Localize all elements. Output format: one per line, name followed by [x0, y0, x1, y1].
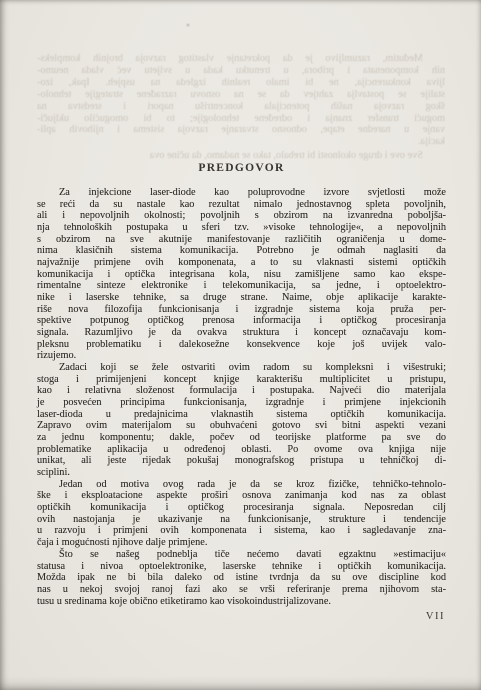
body-text-line: s obzirom na sve akutnije manifestovanje…: [37, 234, 446, 246]
body-text-line: problematike aplikacija u određenoj obla…: [37, 444, 446, 456]
body-paragraph: Što se našeg podneblja tiče nećemo davat…: [37, 549, 446, 607]
body-paragraph: Jedan od motiva ovog rada je da se kroz …: [37, 479, 446, 549]
page-number: VII: [426, 611, 445, 622]
body-text-line: nike i laserske tehnike, sa druge strane…: [37, 292, 446, 304]
body-text-line: stoga i primijenjeni koncept knjige kara…: [37, 374, 446, 386]
bleedthrough-text-line: Sve ove i druge okolnosti bi trebalo, ta…: [37, 150, 445, 162]
bleedthrough-text-line: vanje u naredne etape, odnosno stvaranje…: [37, 124, 445, 136]
body-text-line: ške i eksploatacione aspekte proširi osn…: [37, 490, 446, 502]
body-text-line: za jednu komponentu; dakle, počev od teo…: [37, 432, 446, 444]
scan-speck-mark: *: [186, 22, 190, 31]
body-text-line: nja tehnoloških postupaka u sferi tzv. »…: [37, 222, 446, 234]
body-text-line: ovih nastojanja je ukazivanje na funkcio…: [37, 514, 446, 526]
body-text-line: laser-dioda u predajnicima vlaknastih si…: [37, 409, 446, 421]
body-text-line: rizujemo.: [37, 350, 446, 362]
body-text-line: najvažnije primjene ovih komponenata, a …: [37, 257, 446, 269]
body-text-line: se reći da su nastale kao rezultat nimal…: [37, 199, 446, 211]
bleedthrough-text-line: stalije se postavlja zahtjev da se na os…: [37, 89, 445, 101]
body-text-line: rimentalne sinteze elektronike i telekom…: [37, 280, 446, 292]
page-title: PREDGOVOR: [37, 162, 446, 175]
body-paragraph: Zadaci koji se žele ostvariti ovim radom…: [37, 362, 446, 479]
body-paragraph: Za injekcione laser-diode kao poluprovod…: [37, 187, 446, 362]
body-text-line: Možda ipak ne bi bila daleko od istine t…: [37, 572, 446, 584]
bleedthrough-paragraph: Međutim, razumljivo je da pokretanje vla…: [37, 53, 445, 148]
bleedthrough-text-line: ljiva konkurencija, ne bi imalo realnih …: [37, 77, 445, 89]
body-text-line: statusa i nivoa optoelektronike, lasersk…: [37, 561, 446, 573]
body-text-line: komunikacija i optička integrisana kola,…: [37, 269, 446, 281]
body-text-line: signala. Razumljivo je da ovakva struktu…: [37, 327, 446, 339]
body-text-line: unikat, ali jeste rijedak pokušaj monogr…: [37, 455, 446, 467]
body-text-line: sciplini.: [37, 467, 446, 479]
bleedthrough-text-line: škog razvoja naših potencijala koncentri…: [37, 101, 445, 113]
body-text-line: u razvoju i primjeni ovih komponenata i …: [37, 525, 446, 537]
bleedthrough-text-line: kacija.: [37, 136, 445, 148]
body-text-line: riše nova filozofija funkcionisanja i iz…: [37, 304, 446, 316]
scanned-book-page: * Međutim, razumljivo je da pokretanje v…: [0, 0, 481, 690]
body-text-line: Zadaci koji se žele ostvariti ovim radom…: [37, 362, 446, 374]
body-text-line: Jedan od motiva ovog rada je da se kroz …: [37, 479, 446, 491]
body-text: Za injekcione laser-diode kao poluprovod…: [37, 187, 446, 607]
bleedthrough-paragraph: Sve ove i druge okolnosti bi trebalo, ta…: [37, 150, 445, 162]
body-text-line: optičkih komunikacija i optičkog procesi…: [37, 502, 446, 514]
body-text-line: pleksnu problematiku i dalekosežne konse…: [37, 339, 446, 351]
body-text-line: je posvećen principima funkcionisanja, i…: [37, 397, 446, 409]
body-text-line: kao i relativna složenost formulacija i …: [37, 385, 446, 397]
page-content: PREDGOVOR Za injekcione laser-diode kao …: [37, 162, 446, 607]
body-text-line: čaja i mogućnosti njihove dalje primjene…: [37, 537, 446, 549]
bleedthrough-text-line: mogući transfer znanja i određene tehnol…: [37, 113, 445, 125]
bleedthrough-text-line: Međutim, razumljivo je da pokretanje vla…: [37, 53, 445, 65]
body-text-line: Što se našeg podneblja tiče nećemo davat…: [37, 549, 446, 561]
body-text-line: ali i nepovoljnih okolnosti; povoljnih s…: [37, 210, 446, 222]
bleedthrough-text-line: nih komponenata i pribora, u trenutku ka…: [37, 65, 445, 77]
bleedthrough-text: Međutim, razumljivo je da pokretanje vla…: [37, 53, 445, 162]
body-text-line: nima klasičnih sistema komunikacija. Pot…: [37, 245, 446, 257]
body-text-line: Za injekcione laser-diode kao poluprovod…: [37, 187, 446, 199]
body-text-line: nas u nekoj svojoj ranoj fazi ako se vrš…: [37, 584, 446, 596]
body-text-line: Zapravo ovim materijalom su obuhvaćeni g…: [37, 420, 446, 432]
body-text-line: spektive potpunog optičkog prenosa infor…: [37, 315, 446, 327]
body-text-line: tusu u sredinama koje obično etiketiramo…: [37, 596, 446, 608]
